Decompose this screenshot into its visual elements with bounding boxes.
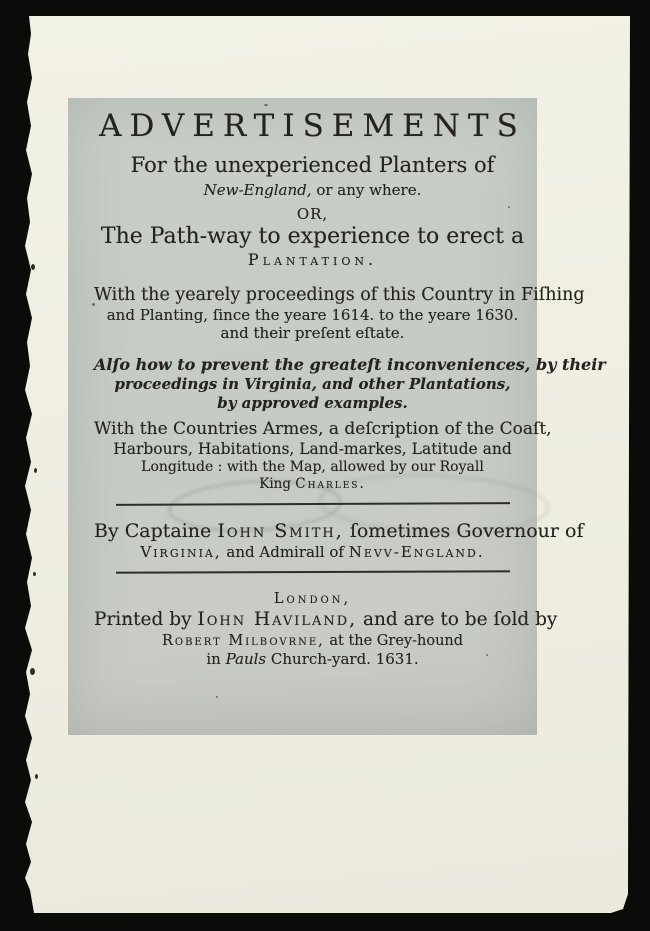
proceedings-line1: With the yearely proceedings of this Cou… bbox=[94, 284, 531, 306]
subtitle-line2: New-England, or any where. bbox=[94, 181, 531, 199]
proceedings-line3: and their preſent eſtate. bbox=[94, 324, 531, 342]
ornamental-rule bbox=[115, 570, 509, 573]
plantation-word: Plantation. bbox=[248, 250, 377, 269]
new-england-name: Nevv-England. bbox=[349, 543, 485, 561]
subtitle-place: New-England, bbox=[204, 181, 312, 199]
printed-by-words: Printed by bbox=[94, 609, 192, 630]
printer-name: Iohn Haviland, bbox=[197, 609, 357, 630]
dust-speck bbox=[216, 696, 218, 698]
paper-edge-speck bbox=[30, 668, 35, 675]
prevention-line3: by approved examples. bbox=[94, 394, 531, 413]
title-page-text: ADVERTISEMENTS For the unexperienced Pla… bbox=[94, 98, 531, 669]
contents-line4: King Charles. bbox=[94, 476, 531, 493]
contents-line3: Longitude : with the Map, allowed by our… bbox=[94, 459, 531, 476]
prevention-line2: proceedings in Virginia, and other Plant… bbox=[94, 375, 531, 394]
yard-suffix: Church-yard. 1631. bbox=[271, 650, 419, 668]
pauls-word: Pauls bbox=[226, 650, 267, 668]
imprint-city: London, bbox=[94, 590, 531, 608]
seller-suffix: at the Grey-hound bbox=[329, 633, 463, 649]
subtitle-line1: For the unexperienced Planters of bbox=[94, 153, 531, 177]
yard-prefix: in bbox=[206, 650, 220, 668]
london-word: London, bbox=[274, 591, 351, 607]
main-title: ADVERTISEMENTS bbox=[94, 111, 531, 142]
title-page-plate: ADVERTISEMENTS For the unexperienced Pla… bbox=[68, 98, 537, 735]
scan-background: ADVERTISEMENTS For the unexperienced Pla… bbox=[0, 0, 650, 931]
author-name: Iohn Smith, bbox=[217, 520, 343, 542]
book-page: ADVERTISEMENTS For the unexperienced Pla… bbox=[22, 16, 630, 913]
byline-line2: Virginia, and Admirall of Nevv-England. bbox=[94, 543, 531, 562]
charles-name: Charles. bbox=[295, 476, 365, 492]
contents-line1: With the Countries Armes, a deſcription … bbox=[94, 418, 531, 440]
paper-edge-speck bbox=[33, 572, 36, 576]
byline-prefix: By Captaine bbox=[94, 520, 211, 542]
king-word: King bbox=[259, 476, 291, 492]
proceedings-line2: and Planting, ſince the yeare 1614. to t… bbox=[94, 306, 531, 324]
seller-name: Robert Milbovrne, bbox=[162, 633, 325, 649]
byline-mid: and Admirall of bbox=[226, 543, 344, 561]
pathway-line2: Plantation. bbox=[94, 250, 531, 270]
prevention-line1: Alſo how to prevent the greateſt inconve… bbox=[94, 355, 531, 375]
subtitle-rest: or any where. bbox=[316, 181, 421, 199]
or-word: OR, bbox=[94, 205, 531, 223]
paper-edge-speck bbox=[31, 264, 35, 270]
virginia-name: Virginia, bbox=[140, 543, 221, 561]
sold-by-words: and are to be ſold by bbox=[363, 609, 557, 630]
pathway-line1: The Path-way to experience to erect a bbox=[94, 224, 531, 250]
imprint-line3: Robert Milbovrne, at the Grey-hound bbox=[94, 632, 531, 650]
imprint-line4: in Pauls Church-yard. 1631. bbox=[94, 650, 531, 669]
paper-edge-speck bbox=[35, 774, 38, 779]
ornamental-rule bbox=[115, 502, 509, 506]
byline-line1: By Captaine Iohn Smith, ſometimes Govern… bbox=[94, 519, 531, 543]
contents-line2: Harbours, Habitations, Land-markes, Lati… bbox=[94, 440, 531, 459]
byline-suffix: ſometimes Governour of bbox=[350, 520, 584, 542]
imprint-line2: Printed by Iohn Haviland, and are to be … bbox=[94, 608, 531, 632]
paper-edge-speck bbox=[34, 468, 37, 473]
